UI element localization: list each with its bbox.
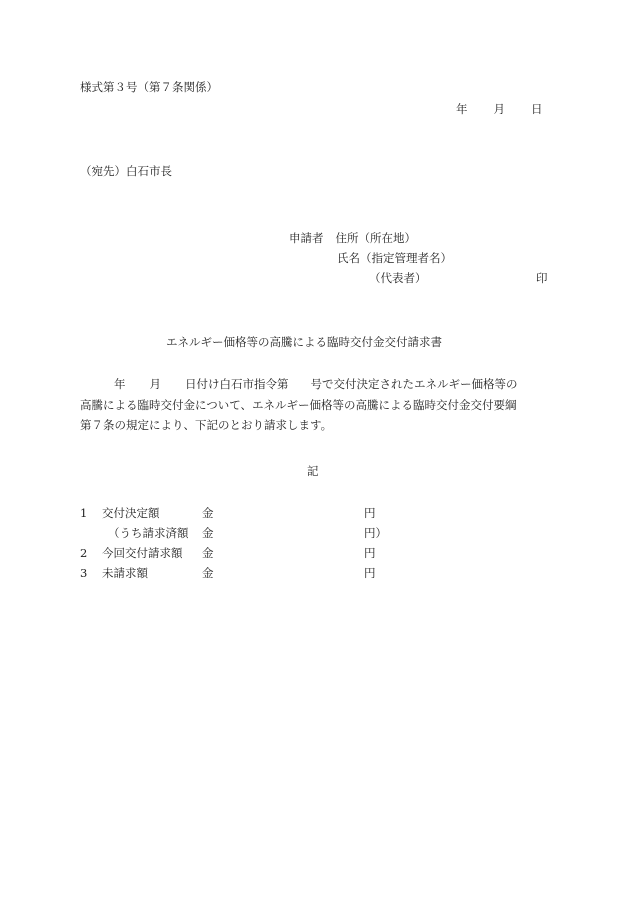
applicant-heading: 申請者 <box>289 231 324 245</box>
body-directive-text: 日付け白石市指令第 <box>185 377 289 391</box>
item-prefix: 金 <box>202 548 214 560</box>
document-title: エネルギー価格等の高騰による臨時交付金交付請求書 <box>166 337 442 349</box>
date-month-label: 月 <box>494 104 506 116</box>
date-line: 年月日 <box>456 104 543 116</box>
body-month-label: 月 <box>150 377 162 391</box>
body-year-label: 年 <box>114 377 126 391</box>
body-decision-text: 号で交付決定されたエネルギー価格等の <box>311 377 518 391</box>
item-suffix: 円） <box>364 528 387 540</box>
body-line-2: 高騰による臨時交付金について、エネルギー価格等の高騰による臨時交付金交付要綱 <box>80 400 550 421</box>
date-year-label: 年 <box>456 104 468 116</box>
item-prefix: 金 <box>202 508 214 520</box>
ki-heading: 記 <box>307 466 319 478</box>
applicant-address-row: 申請者住所（所在地） <box>289 233 416 245</box>
name-label: 氏名（指定管理者名） <box>337 253 452 265</box>
item-prefix: 金 <box>202 568 214 580</box>
body-line-3: 第７条の規定により、下記のとおり請求します。 <box>80 420 550 441</box>
body-paragraph: 年月日付け白石市指令第号で交付決定されたエネルギー価格等の 高騰による臨時交付金… <box>80 379 550 441</box>
item-label: 今回交付請求額 <box>102 548 183 560</box>
item-suffix: 円 <box>364 508 376 520</box>
seal-mark: 印 <box>536 273 548 285</box>
item-number: 3 <box>80 568 87 580</box>
representative-label: （代表者） <box>369 273 427 285</box>
body-line-1: 年月日付け白石市指令第号で交付決定されたエネルギー価格等の <box>80 379 550 400</box>
item-suffix: 円 <box>364 548 376 560</box>
item-number: 1 <box>80 508 87 520</box>
item-label: （うち請求済額 <box>108 528 189 540</box>
item-suffix: 円 <box>364 568 376 580</box>
addressee: （宛先）白石市長 <box>80 166 172 178</box>
date-day-label: 日 <box>531 104 543 116</box>
item-number: 2 <box>80 548 87 560</box>
address-label: 住所（所在地） <box>336 231 417 245</box>
item-label: 交付決定額 <box>102 508 160 520</box>
item-label: 未請求額 <box>102 568 148 580</box>
item-prefix: 金 <box>202 528 214 540</box>
form-number: 様式第３号（第７条関係） <box>80 82 218 94</box>
